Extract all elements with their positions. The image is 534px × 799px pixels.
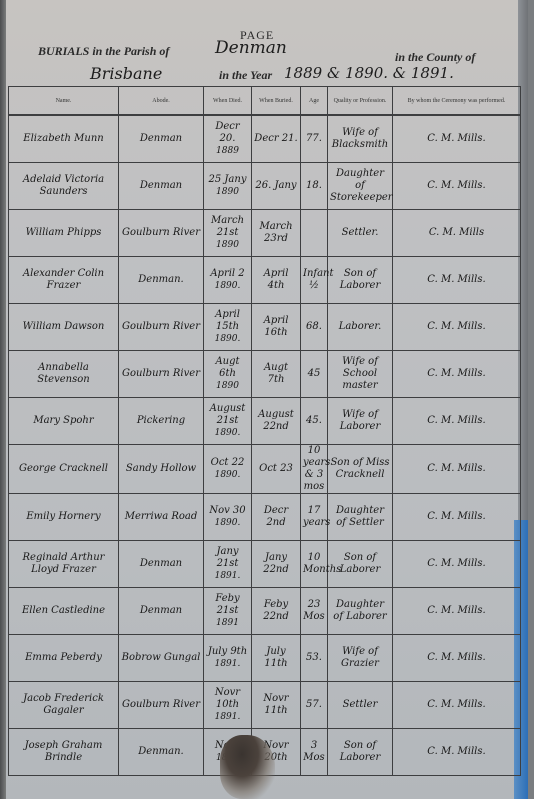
parish-name: Denman <box>215 38 287 58</box>
year-note: 1891 <box>206 617 249 629</box>
burial-register-table: Name. Abode. When Died. When Buried. Age… <box>8 86 521 776</box>
table-row: Alexander Colin Frazer Denman. April 218… <box>9 257 521 304</box>
minister-cell: C. M. Mills. <box>393 115 521 163</box>
abode-cell: Goulburn River <box>119 682 204 729</box>
year-note: 1889 <box>206 145 249 157</box>
died-date: Decr 20. <box>215 121 239 144</box>
quality-cell: Wife of Blacksmith <box>328 115 393 163</box>
buried-cell: Augt 7th <box>252 351 301 398</box>
quality-cell: Daughter of Settler <box>328 494 393 541</box>
age-cell: 17 years <box>301 494 328 541</box>
header-abode: Abode. <box>119 87 204 116</box>
minister-cell: C. M. Mills. <box>393 351 521 398</box>
minister-cell: C. M. Mills <box>393 210 521 257</box>
died-cell: Augt 6th1890 <box>204 351 252 398</box>
age-cell: 23 Mos <box>301 588 328 635</box>
name-cell: Ellen Castledine <box>9 588 119 635</box>
table-row: William Phipps Goulburn River March 21st… <box>9 210 521 257</box>
age-cell: 10 years & 3 mos <box>301 445 328 494</box>
buried-cell: 26. Jany <box>252 163 301 210</box>
buried-cell: March 23rd <box>252 210 301 257</box>
header-name: Name. <box>9 87 119 116</box>
died-date: Oct 22 <box>211 457 245 468</box>
died-cell: 25 Jany1890 <box>204 163 252 210</box>
died-cell: August 21st1890. <box>204 398 252 445</box>
county-name: Brisbane <box>90 64 162 83</box>
abode-cell: Pickering <box>119 398 204 445</box>
abode-cell: Bobrow Gungal <box>119 635 204 682</box>
header-when-buried: When Buried. <box>252 87 301 116</box>
minister-cell: C. M. Mills. <box>393 163 521 210</box>
abode-cell: Goulburn River <box>119 351 204 398</box>
died-cell: Jany 21st1891. <box>204 541 252 588</box>
year-note: 1891. <box>206 711 249 723</box>
year-note: 1890. <box>206 469 249 481</box>
buried-cell: Decr 2nd <box>252 494 301 541</box>
died-date: Feby 21st <box>215 593 239 616</box>
minister-cell: C. M. Mills. <box>393 494 521 541</box>
age-cell: 45 <box>301 351 328 398</box>
died-cell: Decr 20.1889 <box>204 115 252 163</box>
year-note: 1890 <box>206 239 249 251</box>
year-note: 1890 <box>206 380 249 392</box>
abode-cell: Denman. <box>119 729 204 776</box>
minister-cell: C. M. Mills. <box>393 257 521 304</box>
header-minister: By whom the Ceremony was performed. <box>393 87 521 116</box>
died-date: July 9th <box>208 646 247 657</box>
minister-cell: C. M. Mills. <box>393 635 521 682</box>
minister-cell: C. M. Mills. <box>393 304 521 351</box>
year-note: 1890. <box>206 427 249 439</box>
age-cell: Infant ½ <box>301 257 328 304</box>
age-cell: 45. <box>301 398 328 445</box>
died-date: April 2 <box>210 268 244 279</box>
table-row: Reginald Arthur Lloyd Frazer Denman Jany… <box>9 541 521 588</box>
buried-cell: Feby 22nd <box>252 588 301 635</box>
age-cell: 18. <box>301 163 328 210</box>
minister-cell: C. M. Mills. <box>393 729 521 776</box>
year-note: 1891. <box>206 570 249 582</box>
quality-cell: Wife of School master <box>328 351 393 398</box>
ink-stain <box>220 735 275 799</box>
abode-cell: Denman <box>119 163 204 210</box>
buried-cell: August 22nd <box>252 398 301 445</box>
minister-cell: C. M. Mills. <box>393 588 521 635</box>
name-cell: Reginald Arthur Lloyd Frazer <box>9 541 119 588</box>
abode-cell: Goulburn River <box>119 304 204 351</box>
burials-label: BURIALS in the Parish of <box>38 44 169 59</box>
quality-cell: Son of Laborer <box>328 257 393 304</box>
died-date: Augt 6th <box>215 356 239 379</box>
table-row: George Cracknell Sandy Hollow Oct 221890… <box>9 445 521 494</box>
age-cell: 68. <box>301 304 328 351</box>
header-when-died: When Died. <box>204 87 252 116</box>
age-cell: 77. <box>301 115 328 163</box>
year-note: 1890. <box>206 280 249 292</box>
age-cell: 57. <box>301 682 328 729</box>
age-cell: 3 Mos <box>301 729 328 776</box>
age-cell <box>301 210 328 257</box>
died-date: 25 Jany <box>209 174 247 185</box>
name-cell: William Dawson <box>9 304 119 351</box>
name-cell: Annabella Stevenson <box>9 351 119 398</box>
died-date: Novr 10th <box>215 687 240 710</box>
year-note: 1890 <box>206 186 249 198</box>
name-cell: Adelaid Victoria Saunders <box>9 163 119 210</box>
buried-cell: July 11th <box>252 635 301 682</box>
table-row: Adelaid Victoria Saunders Denman 25 Jany… <box>9 163 521 210</box>
quality-cell: Son of Laborer <box>328 729 393 776</box>
died-date: April 15th <box>215 309 240 332</box>
minister-cell: C. M. Mills. <box>393 541 521 588</box>
quality-cell: Daughter of Laborer <box>328 588 393 635</box>
quality-cell: Laborer. <box>328 304 393 351</box>
age-cell: 53. <box>301 635 328 682</box>
year-note: 1891. <box>206 658 249 670</box>
buried-cell: Oct 23 <box>252 445 301 494</box>
name-cell: Elizabeth Munn <box>9 115 119 163</box>
minister-cell: C. M. Mills. <box>393 682 521 729</box>
table-row: Annabella Stevenson Goulburn River Augt … <box>9 351 521 398</box>
quality-cell: Daughter of Storekeeper <box>328 163 393 210</box>
minister-cell: C. M. Mills. <box>393 398 521 445</box>
table-row: Elizabeth Munn Denman Decr 20.1889 Decr … <box>9 115 521 163</box>
table-row: Ellen Castledine Denman Feby 21st1891 Fe… <box>9 588 521 635</box>
died-cell: April 21890. <box>204 257 252 304</box>
year-note: 1890. <box>206 517 249 529</box>
died-cell: April 15th1890. <box>204 304 252 351</box>
table-row: Emily Hornery Merriwa Road Nov 301890. D… <box>9 494 521 541</box>
year-value: 1889 & 1890. & 1891. <box>284 64 454 82</box>
buried-cell: April 16th <box>252 304 301 351</box>
died-cell: March 21st1890 <box>204 210 252 257</box>
died-date: Nov 30 <box>209 505 245 516</box>
abode-cell: Denman <box>119 541 204 588</box>
abode-cell: Merriwa Road <box>119 494 204 541</box>
name-cell: George Cracknell <box>9 445 119 494</box>
died-date: March 21st <box>211 215 244 238</box>
table-row: Emma Peberdy Bobrow Gungal July 9th1891.… <box>9 635 521 682</box>
buried-cell: Decr 21. <box>252 115 301 163</box>
quality-cell: Wife of Grazier <box>328 635 393 682</box>
table-header-row: Name. Abode. When Died. When Buried. Age… <box>9 87 521 116</box>
name-cell: Alexander Colin Frazer <box>9 257 119 304</box>
quality-cell: Settler. <box>328 210 393 257</box>
year-note: 1890. <box>206 333 249 345</box>
year-label: in the Year <box>219 68 272 83</box>
minister-cell: C. M. Mills. <box>393 445 521 494</box>
name-cell: Jacob Frederick Gagaler <box>9 682 119 729</box>
abode-cell: Denman <box>119 588 204 635</box>
abode-cell: Goulburn River <box>119 210 204 257</box>
died-cell: July 9th1891. <box>204 635 252 682</box>
header-quality: Quality or Profession. <box>328 87 393 116</box>
buried-cell: Novr 11th <box>252 682 301 729</box>
header-age: Age <box>301 87 328 116</box>
buried-cell: Jany 22nd <box>252 541 301 588</box>
table-row: Mary Spohr Pickering August 21st1890. Au… <box>9 398 521 445</box>
table-row: Jacob Frederick Gagaler Goulburn River N… <box>9 682 521 729</box>
abode-cell: Sandy Hollow <box>119 445 204 494</box>
name-cell: William Phipps <box>9 210 119 257</box>
county-label: in the County of <box>395 50 475 65</box>
died-cell: Feby 21st1891 <box>204 588 252 635</box>
name-cell: Emily Hornery <box>9 494 119 541</box>
table-row: William Dawson Goulburn River April 15th… <box>9 304 521 351</box>
name-cell: Emma Peberdy <box>9 635 119 682</box>
abode-cell: Denman <box>119 115 204 163</box>
age-cell: 10 Months <box>301 541 328 588</box>
died-date: August 21st <box>210 403 246 426</box>
quality-cell: Wife of Laborer <box>328 398 393 445</box>
died-cell: Novr 10th1891. <box>204 682 252 729</box>
quality-cell: Settler <box>328 682 393 729</box>
died-date: Jany 21st <box>216 546 238 569</box>
buried-cell: April 4th <box>252 257 301 304</box>
died-cell: Nov 301890. <box>204 494 252 541</box>
died-cell: Oct 221890. <box>204 445 252 494</box>
abode-cell: Denman. <box>119 257 204 304</box>
quality-cell: Son of Miss Cracknell <box>328 445 393 494</box>
name-cell: Joseph Graham Brindle <box>9 729 119 776</box>
name-cell: Mary Spohr <box>9 398 119 445</box>
